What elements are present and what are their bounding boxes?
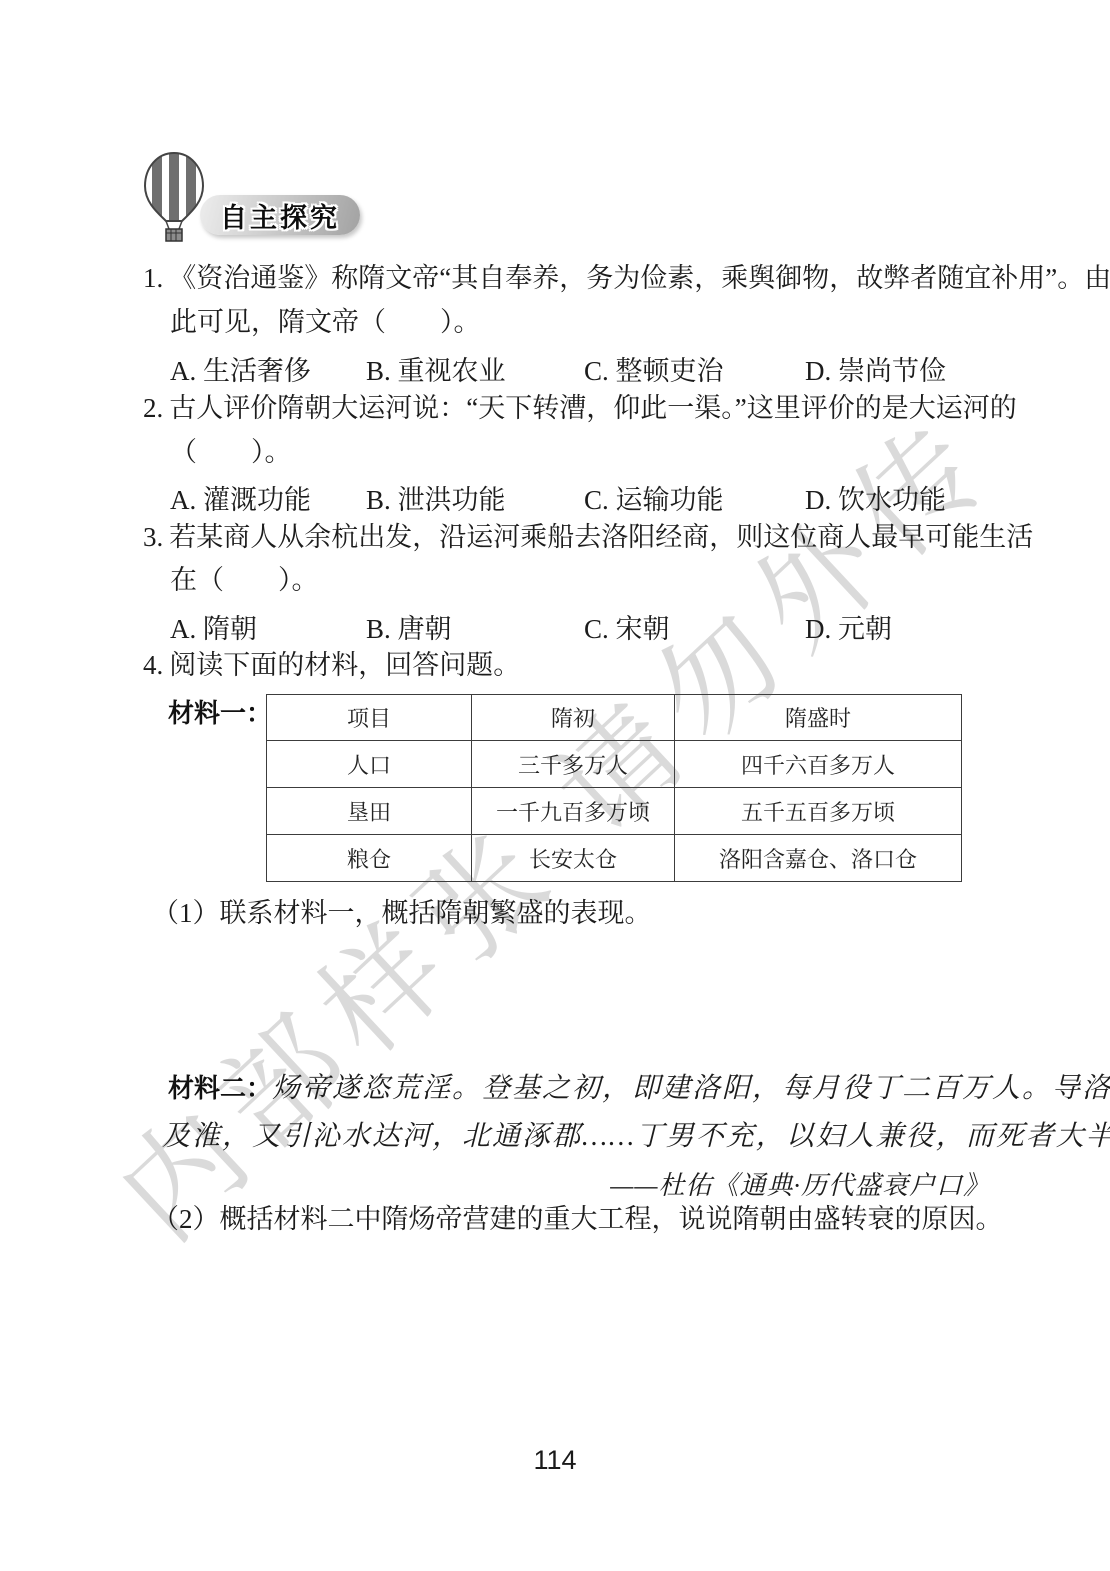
table-row-population: 人口 三千多万人 四千六百多万人: [267, 741, 962, 788]
question-3-option-d: D. 元朝: [805, 607, 892, 646]
table-row-granary: 粮仓 长安太仓 洛阳含嘉仓、洛口仓: [267, 835, 962, 882]
question-4-sub-2: （2）概括材料二中隋炀帝营建的重大工程，说说隋朝由盛转衰的原因。: [152, 1203, 1003, 1235]
question-2-option-d: D. 饮水功能: [805, 478, 946, 517]
question-1-option-b: B. 重视农业: [366, 349, 506, 388]
question-1-options: A. 生活奢侈 B. 重视农业 C. 整顿吏治 D. 崇尚节俭: [0, 349, 1110, 383]
question-3-option-b: B. 唐朝: [366, 607, 452, 646]
question-3-number: 3.: [143, 521, 163, 553]
table-header-suichu: 隋初: [472, 695, 675, 741]
question-1-line-2: 此可见，隋文帝（ ）。: [170, 306, 481, 338]
table-cell: 人口: [267, 741, 472, 788]
material-2-source: ——杜佑《通典·历代盛衰户口》: [610, 1165, 990, 1202]
section-banner: 自主探究: [200, 195, 360, 235]
question-2-line-2: （ ）。: [170, 436, 292, 468]
table-cell: 三千多万人: [472, 741, 675, 788]
question-3-line-1: 3.若某商人从余杭出发，沿运河乘船去洛阳经商，则这位商人最早可能生活: [143, 521, 1033, 553]
question-1-option-d: D. 崇尚节俭: [805, 349, 946, 388]
question-1-number: 1.: [143, 262, 163, 294]
question-1-option-c: C. 整顿吏治: [584, 349, 724, 388]
page-number: 114: [0, 1445, 1110, 1476]
question-3-line-2: 在（ ）。: [170, 564, 319, 596]
hot-air-balloon-icon: [138, 150, 210, 249]
material-1-table: 项目 隋初 隋盛时 人口 三千多万人 四千六百多万人 垦田 一千九百多万顷 五千…: [266, 694, 962, 882]
question-4-number: 4.: [143, 649, 163, 681]
question-2-number: 2.: [143, 392, 163, 424]
table-cell: 长安太仓: [472, 835, 675, 882]
question-2-options: A. 灌溉功能 B. 泄洪功能 C. 运输功能 D. 饮水功能: [0, 478, 1110, 512]
table-header-item: 项目: [267, 695, 472, 741]
question-2-line-1: 2.古人评价隋朝大运河说：“天下转漕，仰此一渠。”这里评价的是大运河的: [143, 392, 1017, 424]
question-1-option-a: A. 生活奢侈: [170, 349, 311, 388]
question-1-text: 《资治通鉴》称隋文帝“其自奉养，务为俭素，乘舆御物，故弊者随宜补用”。由: [169, 263, 1110, 293]
question-1-line-1: 1.《资治通鉴》称隋文帝“其自奉养，务为俭素，乘舆御物，故弊者随宜补用”。由: [143, 262, 1110, 294]
table-cell: 粮仓: [267, 835, 472, 882]
question-2-option-c: C. 运输功能: [584, 478, 724, 517]
question-4-text: 阅读下面的材料，回答问题。: [169, 650, 520, 680]
table-cell: 洛阳含嘉仓、洛口仓: [675, 835, 962, 882]
question-3-option-c: C. 宋朝: [584, 607, 670, 646]
table-header-row: 项目 隋初 隋盛时: [267, 695, 962, 741]
table-cell: 四千六百多万人: [675, 741, 962, 788]
material-2-label: 材料二：: [168, 1073, 272, 1103]
question-4-sub-1: （1）联系材料一，概括隋朝繁盛的表现。: [152, 897, 652, 929]
material-2-line-2: 及淮，又引沁水达河，北通涿郡……丁男不充，以妇人兼役，而死者大半。: [162, 1121, 1110, 1153]
material-1-label: 材料一：: [168, 697, 272, 729]
material-2-line-1: 材料二：炀帝遂恣荒淫。登基之初，即建洛阳，每月役丁二百万人。导洛至河: [168, 1072, 1110, 1105]
material-2-text-1: 炀帝遂恣荒淫。登基之初，即建洛阳，每月役丁二百万人。导洛至河: [272, 1073, 1110, 1104]
question-3-options: A. 隋朝 B. 唐朝 C. 宋朝 D. 元朝: [0, 607, 1110, 641]
question-4-line: 4.阅读下面的材料，回答问题。: [143, 649, 520, 681]
question-2-option-b: B. 泄洪功能: [366, 478, 506, 517]
table-row-farmland: 垦田 一千九百多万顷 五千五百多万顷: [267, 788, 962, 835]
section-banner-label: 自主探究: [220, 196, 340, 235]
table-cell: 一千九百多万顷: [472, 788, 675, 835]
table-header-suishengshi: 隋盛时: [675, 695, 962, 741]
table-cell: 五千五百多万顷: [675, 788, 962, 835]
question-2-option-a: A. 灌溉功能: [170, 478, 311, 517]
workbook-page: 内部样张 请勿外传: [0, 0, 1110, 1571]
question-2-text: 古人评价隋朝大运河说：“天下转漕，仰此一渠。”这里评价的是大运河的: [169, 393, 1016, 423]
question-3-text: 若某商人从余杭出发，沿运河乘船去洛阳经商，则这位商人最早可能生活: [169, 522, 1033, 552]
table-cell: 垦田: [267, 788, 472, 835]
question-3-option-a: A. 隋朝: [170, 607, 257, 646]
